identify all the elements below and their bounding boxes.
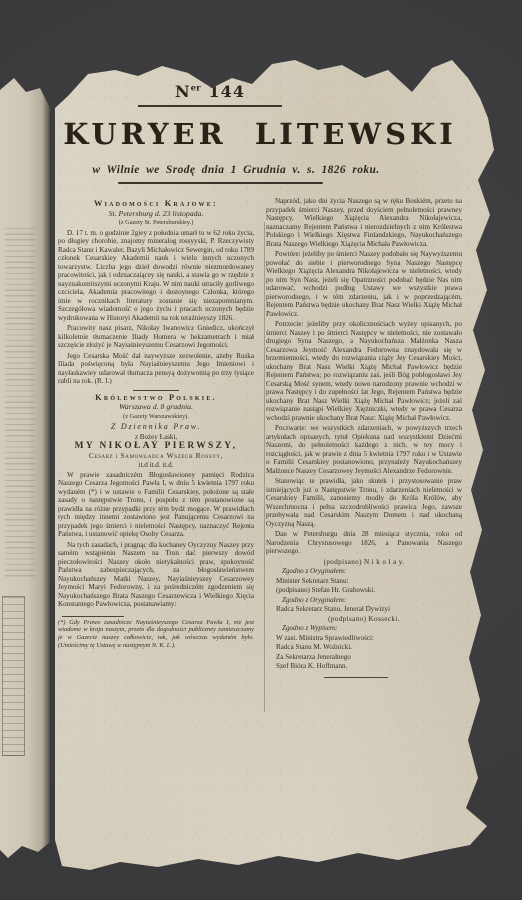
signature-line: Zgodno z Oryginałem: xyxy=(282,596,462,605)
signature-line: Radca Stanu M. Woźnicki. xyxy=(276,643,462,652)
signature-line: Szef Bióra K. Hoffmann. xyxy=(276,662,462,671)
proclamation-etcetera: it.d it.d. it.d. xyxy=(58,461,254,470)
signature-line: Zgodno z Oryginałem: xyxy=(282,567,462,576)
newspaper-page: Ner144 KURYER LITEWSKI w Wilnie we Srodę… xyxy=(0,0,522,900)
footnote: (*) Gdy Prawo zasadnicze Nayiaśnieyszego… xyxy=(58,619,254,650)
adjacent-page-text-bleed xyxy=(5,228,35,578)
article-paragraph: Dan w Petersburgu dnia 28 miesiąca stycz… xyxy=(266,530,462,556)
article-paragraph: Potrzecie: jeżeliby przy okolicznościach… xyxy=(266,320,462,422)
issue-number: Ner144 xyxy=(8,82,412,101)
text-columns: Wiadomości Krajowe:St. Petersburg d. 23 … xyxy=(58,197,462,678)
signature-line: Radca Sekretarz Stanu, Jenerał Dywizyi xyxy=(276,605,462,614)
section-heading: Wiadomości Krajowe: xyxy=(58,200,254,209)
edition-dateline: w Wilnie we Srodę dnia 1 Grudnia v. s. 1… xyxy=(34,164,438,176)
masthead-title: KURYER LITEWSKI xyxy=(58,120,462,149)
adjacent-page-table-fragment xyxy=(2,596,25,756)
article-paragraph: Stanowiąc te prawidła, jako skutek i prz… xyxy=(266,477,462,528)
signature-line: W zast. Ministra Sprawiedliwości: xyxy=(276,634,462,643)
issue-digits: 144 xyxy=(209,82,245,101)
article-paragraph: D. 17 t. m. o godzinie 2giey z południa … xyxy=(58,229,254,323)
footnote-rule xyxy=(62,616,124,617)
signature-line: (podpisano) Kossecki. xyxy=(266,615,462,624)
signature-line: (podpisano) Stefan Hr. Grabowski. xyxy=(276,586,462,595)
column-divider-rule xyxy=(264,222,265,712)
article-dateline: Warszawa d. 8 grudnia. xyxy=(58,403,254,412)
article-paragraph: Naprzód, jako dni życia Naszego są w ręk… xyxy=(266,197,462,248)
article-paragraph: Na tych zasadach, i pragnąc dla kochaney… xyxy=(58,541,254,609)
adjacent-page-edge xyxy=(0,0,50,900)
article-paragraph: Pracowity nasz pisarz, Nikołay Iwanowicz… xyxy=(58,324,254,350)
signature-line: Minister Sekretarz Stanu: xyxy=(276,577,462,586)
issue-prefix: N xyxy=(175,82,191,101)
article-paragraph: Powtóre: jeżeliby po śmierci Naszey podo… xyxy=(266,250,462,318)
section-rule xyxy=(133,390,179,391)
article-source: (z Gazety Warszawskiey). xyxy=(58,413,254,422)
proclamation-line: z Bożey Łaski, xyxy=(58,433,254,442)
issue-superscript: er xyxy=(191,84,201,94)
article-source: (z Gazety St. Petersburskiey.) xyxy=(58,219,254,228)
signature-line: Zgodno z Wypisem: xyxy=(282,624,462,633)
section-heading: Królewstwo Polskie. xyxy=(58,394,254,403)
page-content: Ner144 KURYER LITEWSKI w Wilnie we Srodę… xyxy=(58,60,462,678)
scan-backdrop: Ner144 KURYER LITEWSKI w Wilnie we Srodę… xyxy=(0,0,522,900)
signature-line: Za Sekretarza Jeneralnego xyxy=(276,653,462,662)
issue-rule xyxy=(138,105,282,107)
left-column: Wiadomości Krajowe:St. Petersburg d. 23 … xyxy=(58,197,254,678)
article-paragraph: W prawie zasadniczém Błogosławioney pami… xyxy=(58,471,254,539)
dateline-rule xyxy=(118,182,323,184)
article-paragraph: Poczwarte: we wszystkich zdarzeniach, w … xyxy=(266,424,462,475)
proclamation-title: MY NIKOŁAY PIERWSZY, xyxy=(58,442,254,451)
article-dateline: St. Petersburg d. 23 listopada. xyxy=(58,210,254,219)
proclamation-subtitle: Cesarz i Samowładca Wszech Rossyy, xyxy=(58,452,254,461)
end-rule xyxy=(324,677,388,679)
signature-line: (podpisano) N i k o ł a y. xyxy=(266,558,462,567)
right-column: Naprzód, jako dni życia Naszego są w ręk… xyxy=(266,197,462,678)
subsection-heading: Z Dziennika Praw. xyxy=(58,423,254,432)
article-paragraph: Jego Cesarska Mość dał naywyższe zezwole… xyxy=(58,352,254,386)
